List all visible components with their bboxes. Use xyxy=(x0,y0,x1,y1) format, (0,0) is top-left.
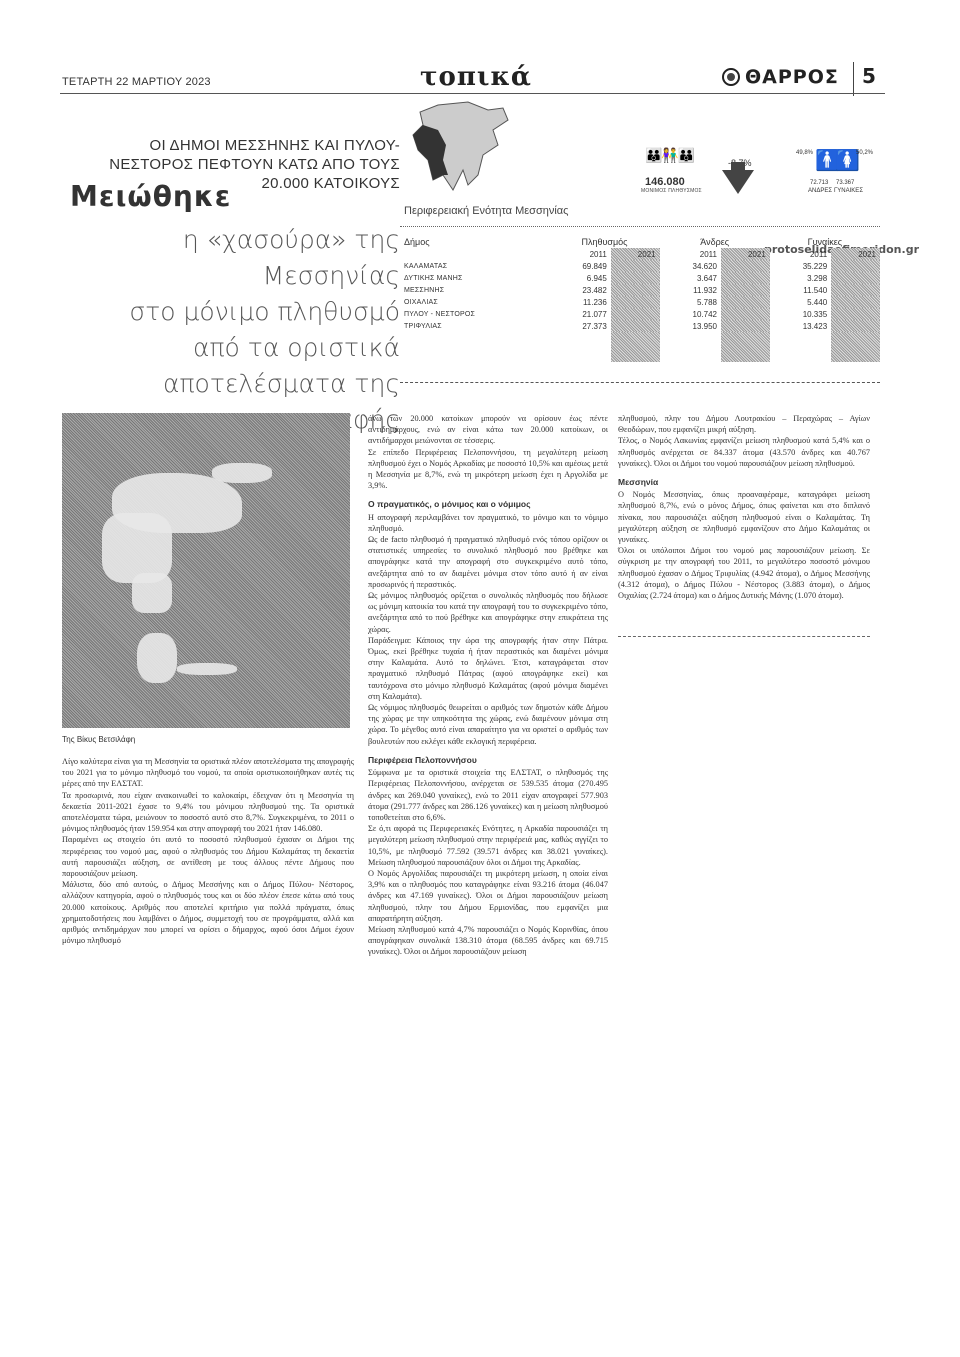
paragraph: Σε επίπεδο Περιφέρειας Πελοποννήσου, τη … xyxy=(368,447,608,492)
article-column-2: άνω των 20.000 κατοίκων μπορούν να ορίσο… xyxy=(368,413,608,958)
table-row: ΟΙΧΑΛΙΑΣ 11.236 5.788 5.440 xyxy=(400,296,880,308)
female-count: 73.367 xyxy=(836,180,854,186)
paragraph: Μάλιστα, δύο από αυτούς, ο Δήμος Μεσσήνη… xyxy=(62,879,354,946)
paragraph: Λίγο καλύτερα είναι για τη Μεσσηνία τα ο… xyxy=(62,756,354,790)
table-row: ΚΑΛΑΜΑΤΑΣ 69.849 34.620 35.229 xyxy=(400,260,880,272)
table-rule xyxy=(400,382,880,383)
paragraph: Ως νόμιμος πληθυσμός θεωρείται ο αριθμός… xyxy=(368,702,608,747)
paragraph: Παράδειγμα: Κάποιος την ώρα της απογραφή… xyxy=(368,635,608,702)
col-group-population: Πληθυσμός xyxy=(549,236,659,248)
article-column-3: πληθυσμού, πλην του Δήμου Λουτρακίου – Π… xyxy=(618,413,870,601)
paragraph: Μείωση πληθυσμού κατά 4,7% παρουσιάζει ο… xyxy=(368,924,608,958)
col-year: 2021 xyxy=(831,248,880,260)
subheading: Περιφέρεια Πελοποννήσου xyxy=(368,755,608,766)
infographic-rule xyxy=(400,226,880,227)
article-column-1: Λίγο καλύτερα είναι για τη Μεσσηνία τα ο… xyxy=(62,756,354,946)
table-row: ΜΕΣΣΗΝΗΣ 23.482 11.932 11.540 xyxy=(400,284,880,296)
page-number-divider xyxy=(853,62,854,96)
paragraph: Τα προσωρινά, που είχαν ανακοινωθεί το κ… xyxy=(62,790,354,835)
brand-logo-icon xyxy=(722,68,740,86)
paragraph: Σε ό,τι αφορά τις Περιφερειακές Ενότητες… xyxy=(368,823,608,868)
page-number: 5 xyxy=(862,64,876,88)
population-table: Δήμος Πληθυσμός Άνδρες Γυναίκες 2011 202… xyxy=(400,236,880,362)
col-header-dimos: Δήμος xyxy=(400,236,549,248)
down-arrow-icon xyxy=(722,170,754,194)
paragraph: άνω των 20.000 κατοίκων μπορούν να ορίσο… xyxy=(368,413,608,447)
total-population-label: ΜΟΝΙΜΟΣ ΠΛΗΘΥΣΜΟΣ xyxy=(641,188,702,194)
table-row: ΠΥΛΟΥ - ΝΕΣΤΟΡΟΣ 21.077 10.742 10.335 xyxy=(400,308,880,320)
masthead-rule xyxy=(60,93,885,94)
male-label: ΑΝΔΡΕΣ xyxy=(808,188,832,194)
headline-line: η «χασούρα» της Μεσσηνίας xyxy=(70,222,400,294)
headline-line: από τα οριστικά xyxy=(70,330,400,366)
byline: Της Βίκυς Βετσιλάφη xyxy=(62,735,135,744)
infographic-title: Περιφερειακή Ενότητα Μεσσηνίας xyxy=(404,205,568,217)
paragraph: Όλοι οι υπόλοιποι Δήμοι του νομού μας πα… xyxy=(618,545,870,601)
column-end-rule xyxy=(618,636,870,637)
issue-date: ΤΕΤΑΡΤΗ 22 ΜΑΡΤΙΟΥ 2023 xyxy=(62,76,211,88)
paragraph: Τέλος, ο Νομός Λακωνίας εμφανίζει μείωση… xyxy=(618,435,870,469)
col-group-women: Γυναίκες xyxy=(770,236,880,248)
male-percent: 49,8% xyxy=(796,150,813,156)
headline-main: Μειώθηκε xyxy=(70,180,231,213)
people-group-icon: 👪👫👪 xyxy=(645,148,694,165)
greece-map-photo xyxy=(62,413,350,728)
subheading: Μεσσηνία xyxy=(618,477,870,488)
newspaper-brand: ΘΑΡΡΟΣ xyxy=(722,66,839,88)
paragraph: Η απογραφή περιλαμβάνει τον πραγματικό, … xyxy=(368,512,608,534)
headline-line: στο μόνιμο πληθυσμό xyxy=(70,294,400,330)
peloponnese-map-icon xyxy=(408,100,518,200)
paragraph: Ως de facto πληθυσμό ή πραγματικό πληθυσ… xyxy=(368,534,608,590)
paragraph: Σύμφωνα με τα οριστικά στοιχεία της ΕΛΣΤ… xyxy=(368,767,608,823)
section-title: τοπικά xyxy=(420,62,532,92)
col-year: 2011 xyxy=(660,248,721,260)
col-year: 2021 xyxy=(611,248,660,260)
col-group-men: Άνδρες xyxy=(660,236,770,248)
female-label: ΓΥΝΑΙΚΕΣ xyxy=(834,188,863,194)
paragraph: Παραμένει ως στοιχείο ότι αυτό το ποσοστ… xyxy=(62,834,354,879)
paragraph: Ως μόνιμος πληθυσμός ορίζεται ο συνολικό… xyxy=(368,590,608,635)
paragraph: Ο Νομός Αργολίδας παρουσιάζει τη μικρότε… xyxy=(368,868,608,924)
col-year: 2011 xyxy=(770,248,831,260)
col-year: 2011 xyxy=(549,248,610,260)
col-year: 2021 xyxy=(721,248,770,260)
table-row: ΔΥΤΙΚΗΣ ΜΑΝΗΣ 6.945 3.647 3.298 xyxy=(400,272,880,284)
paragraph: πληθυσμού, πλην του Δήμου Λουτρακίου – Π… xyxy=(618,413,870,435)
subheading: Ο πραγματικός, ο μόνιμος και ο νόμιμος xyxy=(368,499,608,510)
table-row: ΤΡΙΦΥΛΙΑΣ 27.373 13.950 13.423 xyxy=(400,320,880,332)
brand-name: ΘΑΡΡΟΣ xyxy=(745,66,839,88)
female-percent: 50,2% xyxy=(856,150,873,156)
male-count: 72.713 xyxy=(810,180,828,186)
paragraph: Ο Νομός Μεσσηνίας, όπως προαναφέραμε, κα… xyxy=(618,489,870,545)
total-population: 146.080 xyxy=(645,176,685,188)
headline-subtitle: η «χασούρα» της Μεσσηνίας στο μόνιμο πλη… xyxy=(70,222,400,438)
